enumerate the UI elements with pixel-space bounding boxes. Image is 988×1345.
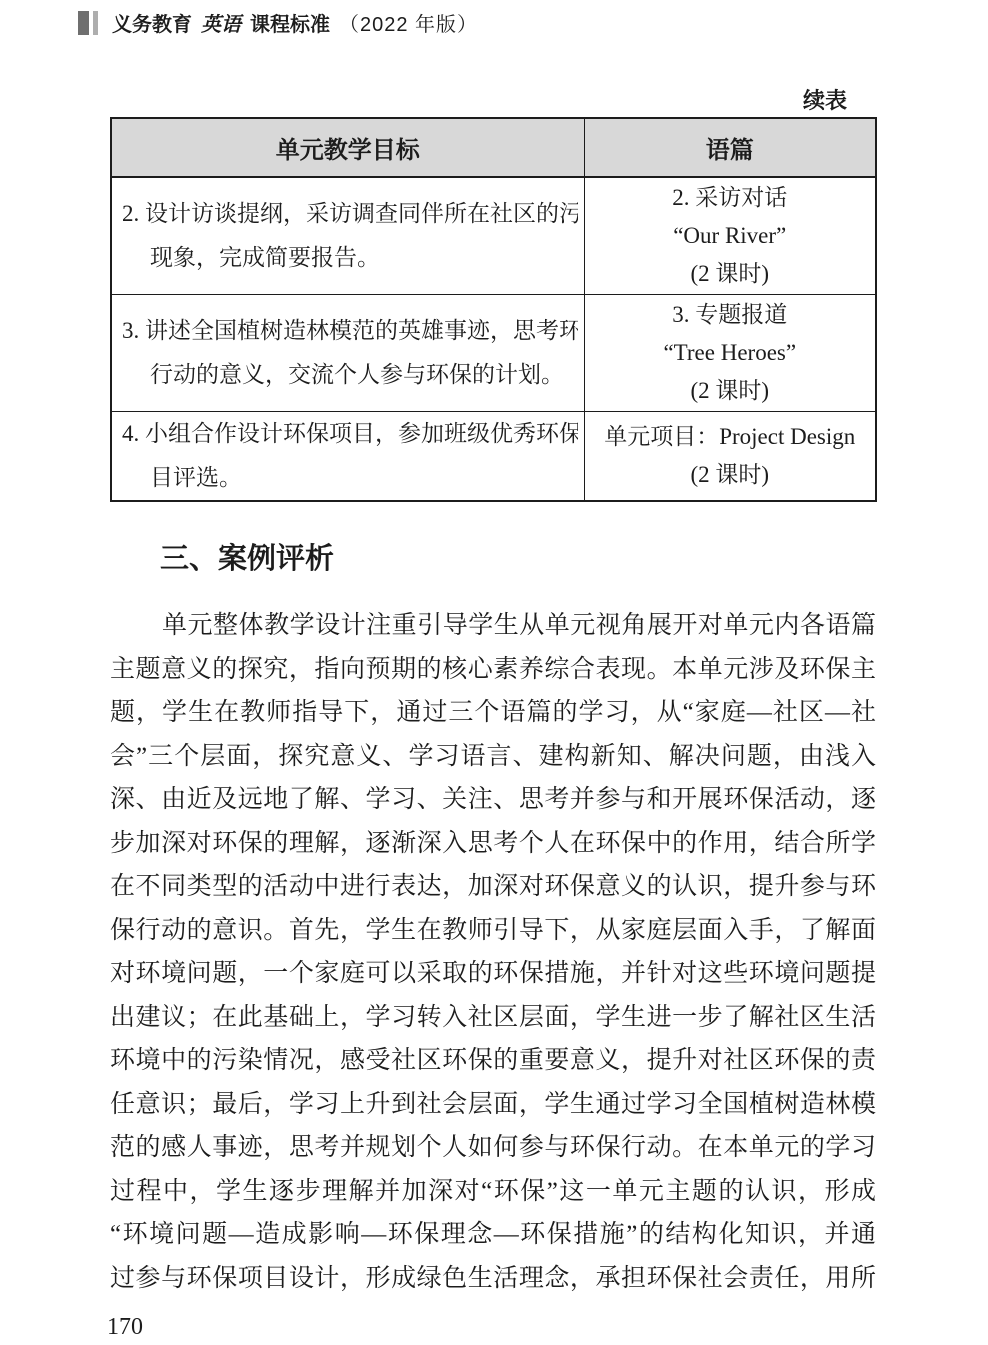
book-edition-label: （2022 年版）: [339, 8, 478, 37]
objective-line: 2. 设计访谈提纲，采访调查同伴所在社区的污染: [122, 192, 578, 236]
text-line: (2 课时): [586, 456, 875, 494]
objective-line: 4. 小组合作设计环保项目，参加班级优秀环保项: [122, 412, 578, 456]
header-bar-light-icon: [93, 11, 98, 35]
paragraph-line: 单元整体教学设计注重引导学生从单元视角展开对单元内各语篇: [110, 604, 876, 648]
text-line: (2 课时): [586, 372, 875, 410]
book-header: 义务教育 英语 课程标准 （2022 年版）: [78, 9, 487, 36]
document-page: 义务教育 英语 课程标准 （2022 年版） 续表 单元教学目标 语篇 2. 设…: [0, 0, 988, 1345]
paragraph-line: 主题意义的探究，指向预期的核心素养综合表现。本单元涉及环保主: [110, 648, 876, 692]
objective-line: 行动的意义，交流个人参与环保的计划。: [122, 353, 578, 397]
paragraph-line: 任意识；最后，学习上升到社会层面，学生通过学习全国植树造林模: [110, 1083, 876, 1127]
objective-cell: 4. 小组合作设计环保项目，参加班级优秀环保项 目评选。: [111, 412, 584, 502]
objective-cell: 3. 讲述全国植树造林模范的英雄事迹，思考环保 行动的意义，交流个人参与环保的计…: [111, 295, 584, 412]
objective-line: 现象，完成简要报告。: [122, 236, 578, 280]
paragraph-line: 深、由近及远地了解、学习、关注、思考并参与和开展环保活动，逐: [110, 778, 876, 822]
book-series-label: 义务教育: [112, 8, 192, 37]
header-bar-dark-icon: [78, 11, 89, 35]
unit-teaching-table: 单元教学目标 语篇 2. 设计访谈提纲，采访调查同伴所在社区的污染 现象，完成简…: [110, 117, 877, 502]
paragraph-line: “环境问题—造成影响—环保理念—环保措施”的结构化知识，并通: [110, 1213, 876, 1257]
objective-line: 目评选。: [122, 456, 578, 500]
text-line: (2 课时): [586, 255, 875, 293]
table-row: 4. 小组合作设计环保项目，参加班级优秀环保项 目评选。 单元项目：Projec…: [111, 412, 876, 502]
paragraph-line: 在不同类型的活动中进行表达，加深对环保意义的认识，提升参与环: [110, 865, 876, 909]
section-heading: 三、案例评析: [160, 543, 334, 575]
objective-line: 3. 讲述全国植树造林模范的英雄事迹，思考环保: [122, 309, 578, 353]
paragraph-line: 会”三个层面，探究意义、学习语言、建构新知、解决问题，由浅入: [110, 735, 876, 779]
paragraph-line: 题，学生在教师指导下，通过三个语篇的学习，从“家庭—社区—社: [110, 691, 876, 735]
book-subject-label: 英语: [201, 8, 241, 37]
paragraph-line: 保行动的意识。首先，学生在教师引导下，从家庭层面入手，了解面: [110, 909, 876, 953]
analysis-paragraph: 单元整体教学设计注重引导学生从单元视角展开对单元内各语篇 主题意义的探究，指向预…: [110, 604, 876, 1300]
table-header-texts: 语篇: [584, 118, 876, 177]
paragraph-line: 环境中的污染情况，感受社区环保的重要意义，提升对社区环保的责: [110, 1039, 876, 1083]
table-row: 2. 设计访谈提纲，采访调查同伴所在社区的污染 现象，完成简要报告。 2. 采访…: [111, 177, 876, 295]
paragraph-line: 步加深对环保的理解，逐渐深入思考个人在环保中的作用，结合所学: [110, 822, 876, 866]
text-line: 单元项目：Project Design: [586, 418, 875, 456]
book-standard-label: 课程标准: [250, 8, 330, 37]
text-line: “Tree Heroes”: [586, 334, 875, 372]
text-cell: 3. 专题报道 “Tree Heroes” (2 课时): [584, 295, 876, 412]
table-continuation-label: 续表: [110, 84, 847, 115]
paragraph-line: 过参与环保项目设计，形成绿色生活理念，承担环保社会责任，用所: [110, 1257, 876, 1301]
page-number: 170: [107, 1314, 143, 1341]
text-line: 3. 专题报道: [586, 296, 875, 334]
paragraph-line: 对环境问题，一个家庭可以采取的环保措施，并针对这些环境问题提: [110, 952, 876, 996]
table-row: 3. 讲述全国植树造林模范的英雄事迹，思考环保 行动的意义，交流个人参与环保的计…: [111, 295, 876, 412]
text-cell: 单元项目：Project Design (2 课时): [584, 412, 876, 502]
paragraph-line: 范的感人事迹，思考并规划个人如何参与环保行动。在本单元的学习: [110, 1126, 876, 1170]
text-line: 2. 采访对话: [586, 179, 875, 217]
paragraph-line: 过程中，学生逐步理解并加深对“环保”这一单元主题的认识，形成: [110, 1170, 876, 1214]
table-header-objectives: 单元教学目标: [111, 118, 584, 177]
table-header-row: 单元教学目标 语篇: [111, 118, 876, 177]
text-cell: 2. 采访对话 “Our River” (2 课时): [584, 177, 876, 295]
paragraph-line: 出建议；在此基础上，学习转入社区层面，学生进一步了解社区生活: [110, 996, 876, 1040]
objective-cell: 2. 设计访谈提纲，采访调查同伴所在社区的污染 现象，完成简要报告。: [111, 177, 584, 295]
text-line: “Our River”: [586, 217, 875, 255]
